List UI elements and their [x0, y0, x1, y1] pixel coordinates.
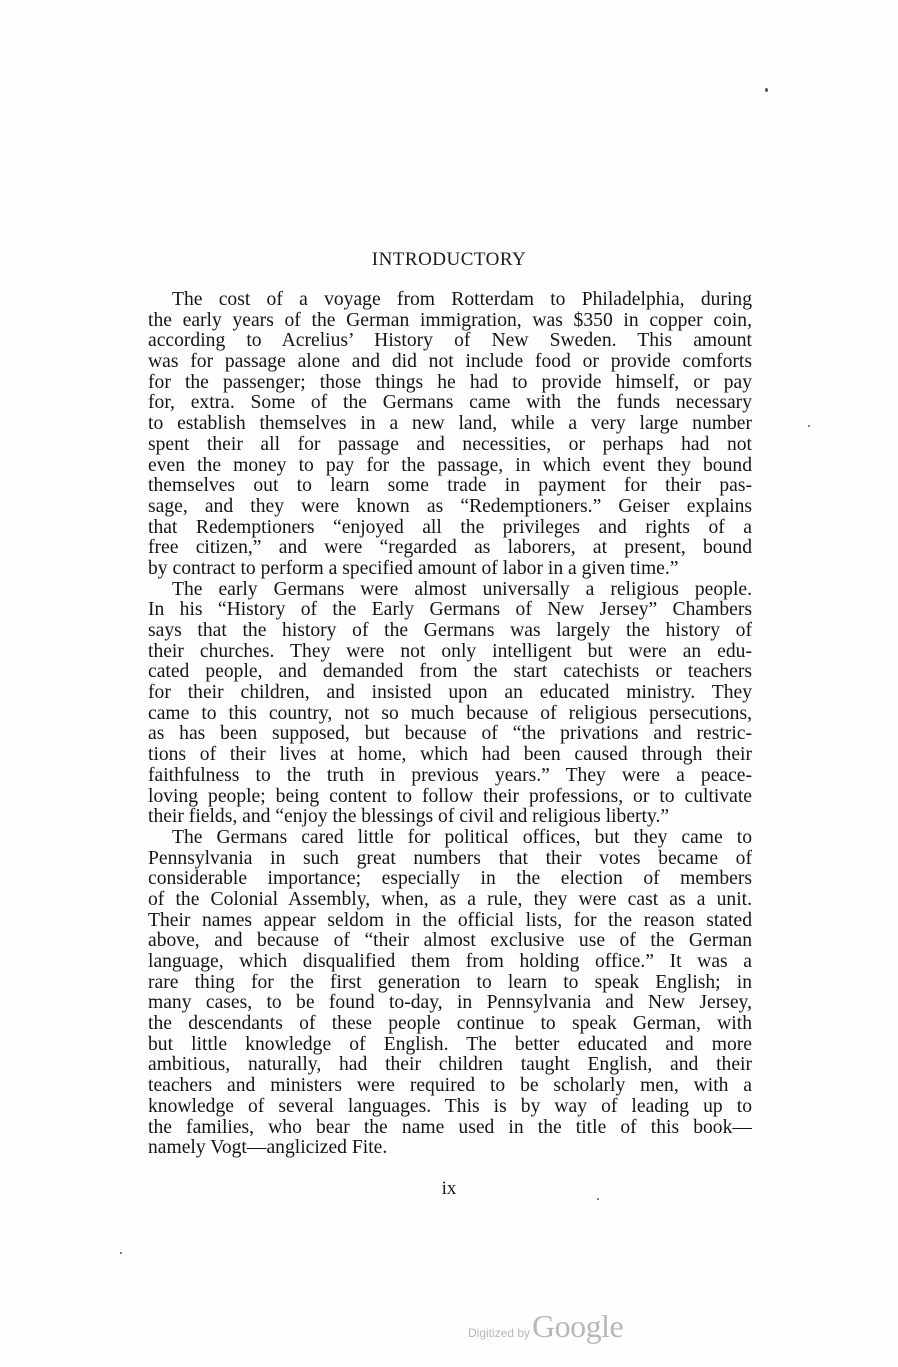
- text-line: loving people; being content to follow t…: [148, 787, 752, 808]
- text-line: for their children, and insisted upon an…: [148, 683, 752, 704]
- text-line: their churches. They were not only intel…: [148, 642, 752, 663]
- text-line: considerable importance; especially in t…: [148, 869, 752, 890]
- text-line: In his “History of the Early Germans of …: [148, 600, 752, 621]
- scanned-book-page: INTRODUCTORY The cost of a voyage from R…: [0, 0, 898, 1367]
- paragraph-2: The early Germans were almost universall…: [148, 580, 752, 828]
- text-line: namely Vogt—anglicized Fite.: [148, 1138, 752, 1159]
- text-line: to establish themselves in a new land, w…: [148, 414, 752, 435]
- text-line: but little knowledge of English. The bet…: [148, 1035, 752, 1056]
- paragraph-1: The cost of a voyage from Rotterdam to P…: [148, 290, 752, 580]
- text-line: The Germans cared little for political o…: [148, 828, 752, 849]
- scan-speck: [765, 88, 768, 92]
- text-line: was for passage alone and did not includ…: [148, 352, 752, 373]
- text-line: for, extra. Some of the Germans came wit…: [148, 393, 752, 414]
- text-line: as has been supposed, but because of “th…: [148, 724, 752, 745]
- body-text: The cost of a voyage from Rotterdam to P…: [148, 290, 752, 1159]
- paragraph-3: The Germans cared little for political o…: [148, 828, 752, 1159]
- scan-speck: [597, 1198, 599, 1200]
- google-logo-icon: Google: [532, 1308, 623, 1345]
- text-line: for the passenger; those things he had t…: [148, 373, 752, 394]
- text-line: Pennsylvania in such great numbers that …: [148, 849, 752, 870]
- text-line: above, and because of “their almost excl…: [148, 931, 752, 952]
- text-line: teachers and ministers were required to …: [148, 1076, 752, 1097]
- chapter-heading: INTRODUCTORY: [0, 249, 898, 271]
- text-line: knowledge of several languages. This is …: [148, 1097, 752, 1118]
- digitized-watermark: Digitized by Google: [468, 1308, 623, 1345]
- text-line: cated people, and demanded from the star…: [148, 662, 752, 683]
- text-line: many cases, to be found to-day, in Penns…: [148, 993, 752, 1014]
- scan-speck: [808, 425, 810, 427]
- watermark-prefix: Digitized by: [468, 1326, 530, 1340]
- text-line: spent their all for passage and necessit…: [148, 435, 752, 456]
- text-line: the descendants of these people continue…: [148, 1014, 752, 1035]
- text-line: ambitious, naturally, had their children…: [148, 1055, 752, 1076]
- text-line: tions of their lives at home, which had …: [148, 745, 752, 766]
- text-line: the early years of the German immigratio…: [148, 311, 752, 332]
- text-line: sage, and they were known as “Redemption…: [148, 497, 752, 518]
- text-line: faithfulness to the truth in previous ye…: [148, 766, 752, 787]
- text-line: came to this country, not so much becaus…: [148, 704, 752, 725]
- text-line: of the Colonial Assembly, when, as a rul…: [148, 890, 752, 911]
- text-line: says that the history of the Germans was…: [148, 621, 752, 642]
- text-line: language, which disqualified them from h…: [148, 952, 752, 973]
- scan-speck: [120, 1252, 122, 1254]
- text-line: rare thing for the first generation to l…: [148, 973, 752, 994]
- text-line: Their names appear seldom in the officia…: [148, 911, 752, 932]
- text-line: their fields, and “enjoy the blessings o…: [148, 807, 752, 828]
- text-line: the families, who bear the name used in …: [148, 1118, 752, 1139]
- page-number: ix: [0, 1178, 898, 1200]
- text-line: according to Acrelius’ History of New Sw…: [148, 331, 752, 352]
- text-line: free citizen,” and were “regarded as lab…: [148, 538, 752, 559]
- text-line: The cost of a voyage from Rotterdam to P…: [148, 290, 752, 311]
- text-line: themselves out to learn some trade in pa…: [148, 476, 752, 497]
- text-line: even the money to pay for the passage, i…: [148, 456, 752, 477]
- text-line: by contract to perform a specified amoun…: [148, 559, 752, 580]
- text-line: The early Germans were almost universall…: [148, 580, 752, 601]
- text-line: that Redemptioners “enjoyed all the priv…: [148, 518, 752, 539]
